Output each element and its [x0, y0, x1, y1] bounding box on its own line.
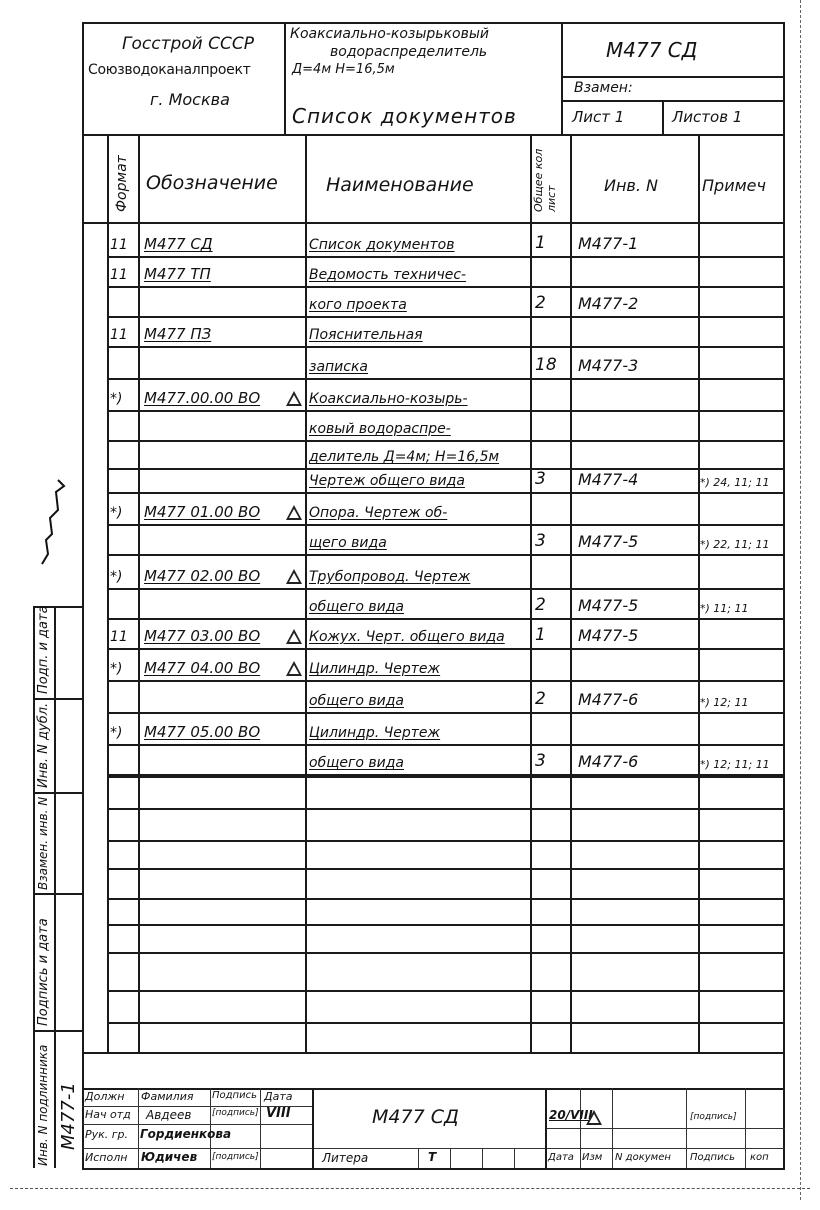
- cell-format: [110, 346, 138, 375]
- cell-designation: [144, 524, 304, 551]
- org-institute: Союзводоканалпроект: [88, 62, 250, 78]
- cell-name: Трубопровод. Чертеж: [309, 554, 531, 585]
- cell-sheets: [535, 316, 569, 343]
- cell-name: общего вида: [309, 588, 531, 615]
- col-line-inv-left: [570, 134, 572, 1052]
- cell-sheets: 2: [535, 588, 569, 615]
- table-row-line: [107, 776, 785, 778]
- cell-format: *): [110, 712, 138, 741]
- cell-inv: М477-2: [578, 286, 696, 313]
- stamp-litera-label: Литера: [322, 1151, 368, 1165]
- stamp-litera-div-1: [418, 1148, 419, 1168]
- cell-inv: [578, 410, 696, 437]
- cell-name: делитель Д=4м; Н=16,5м: [309, 440, 531, 465]
- title-divider-1: [284, 22, 286, 135]
- revision-triangle-icon: [286, 629, 302, 644]
- stamp-document-code: М477 СД: [372, 1106, 459, 1128]
- sheet-number: Лист 1: [572, 108, 624, 126]
- cell-note: *) 12; 11; 11: [700, 744, 784, 771]
- cell-inv: М477-6: [578, 680, 696, 709]
- org-ministry: Госстрой СССР: [122, 34, 254, 54]
- sheets-total: Листов 1: [672, 108, 742, 126]
- stamp-name-head: Авдеев: [146, 1108, 191, 1122]
- cell-inv: М477-1: [578, 222, 696, 253]
- stamp-col-5: [545, 1088, 547, 1168]
- stamp-name-executor: Юдичев: [141, 1150, 197, 1164]
- cell-sheets: 2: [535, 680, 569, 709]
- stamp-row-3: [82, 1148, 785, 1149]
- cut-line-right: [800, 0, 801, 1200]
- cell-note: [700, 410, 784, 437]
- frame-top-border: [82, 22, 785, 24]
- cell-note: [700, 346, 784, 375]
- stamp-rev-header-copy: коп: [750, 1152, 769, 1163]
- cell-name: Ведомость техничес-: [309, 256, 531, 283]
- cell-designation: [144, 286, 304, 313]
- cell-format: 11: [110, 316, 138, 343]
- stamp-litera-div-2: [450, 1148, 451, 1168]
- cell-designation: [144, 744, 304, 771]
- stamp-role-head: Нач отд: [85, 1108, 131, 1121]
- header-designation: Обозначение: [146, 172, 278, 194]
- header-sheets: Общее кол лист: [532, 142, 558, 212]
- cell-name: Пояснительная: [309, 316, 531, 343]
- cell-note: [700, 256, 784, 283]
- stamp-role-group: Рук. гр.: [85, 1128, 128, 1141]
- cell-sheets: [535, 440, 569, 465]
- cell-inv: [578, 378, 696, 407]
- col-line-format-left: [107, 134, 109, 1052]
- cell-name: Коаксиально-козырь-: [309, 378, 531, 407]
- cell-designation: М477 04.00 ВО: [144, 648, 304, 677]
- cell-designation: М477 05.00 ВО: [144, 712, 304, 741]
- document-code: М477 СД: [606, 38, 697, 62]
- cell-format: [110, 440, 138, 465]
- frame-bottom-border: [82, 1168, 785, 1170]
- margin-signature: [38, 470, 68, 570]
- table-row-line: [107, 898, 785, 900]
- cell-name: общего вида: [309, 680, 531, 709]
- table-row-line: [107, 1022, 785, 1024]
- stamp-col-4: [312, 1088, 314, 1168]
- frame-left-border: [82, 22, 84, 1170]
- revision-triangle-icon: [286, 661, 302, 676]
- cell-note: [700, 492, 784, 521]
- stamp-litera-div-4: [514, 1148, 515, 1168]
- stamp-header-role: Должн: [85, 1090, 124, 1103]
- side-stamp-sep-1: [33, 698, 83, 700]
- cell-format: [110, 744, 138, 771]
- table-bottom: [82, 1052, 785, 1054]
- side-original-inv-value: М477-1: [58, 1082, 79, 1150]
- object-name-line2: водораспределитель: [330, 44, 487, 60]
- cell-sheets: 1: [535, 618, 569, 645]
- stamp-col-1: [138, 1088, 139, 1168]
- stamp-col-7: [612, 1088, 613, 1168]
- cell-note: *) 12; 11: [700, 680, 784, 709]
- stamp-role-executor: Исполн: [85, 1151, 127, 1164]
- cell-name: кого проекта: [309, 286, 531, 313]
- stamp-col-9: [745, 1088, 746, 1168]
- side-label-dup-inv: Инв. N дубл.: [36, 703, 51, 788]
- table-row-line: [107, 990, 785, 992]
- cell-format: *): [110, 554, 138, 585]
- cell-sheets: [535, 410, 569, 437]
- cell-name: Кожух. Черт. общего вида: [309, 618, 531, 645]
- header-name: Наименование: [326, 174, 474, 196]
- col-line-name-left: [305, 134, 307, 1052]
- stamp-header-date: Дата: [264, 1090, 292, 1103]
- cell-inv: [578, 712, 696, 741]
- header-inv: Инв. N: [604, 176, 658, 195]
- cell-name: записка: [309, 346, 531, 375]
- cell-designation: М477 01.00 ВО: [144, 492, 304, 521]
- side-stamp-sep-4: [33, 1030, 83, 1032]
- stamp-col-3: [260, 1088, 261, 1168]
- stamp-sign-head: [подпись]: [212, 1108, 259, 1118]
- table-row-line: [107, 808, 785, 810]
- cell-inv: М477-3: [578, 346, 696, 375]
- cell-designation: М477 СД: [144, 222, 304, 253]
- replaced-label: Взамен:: [574, 80, 633, 96]
- cell-format: 11: [110, 618, 138, 645]
- cell-name: общего вида: [309, 744, 531, 771]
- cell-note: *) 11; 11: [700, 588, 784, 615]
- cell-note: [700, 618, 784, 645]
- cell-inv: М477-4: [578, 468, 696, 489]
- stamp-rev-header-docnum: N докумен: [615, 1152, 671, 1163]
- cell-sheets: 3: [535, 468, 569, 489]
- title-row-replaced: [561, 100, 785, 102]
- stamp-rev-header-date: Дата: [548, 1152, 574, 1163]
- org-city: г. Москва: [150, 90, 230, 109]
- cell-sheets: [535, 712, 569, 741]
- cell-format: 11: [110, 256, 138, 283]
- cell-name: щего вида: [309, 524, 531, 551]
- cell-note: [700, 286, 784, 313]
- cell-inv: [578, 648, 696, 677]
- cell-format: [110, 410, 138, 437]
- cell-designation: М477 02.00 ВО: [144, 554, 304, 585]
- title-block-bottom: [82, 134, 785, 136]
- stamp-col-6: [580, 1088, 581, 1168]
- cell-designation: М477 ТП: [144, 256, 304, 283]
- cell-sheets: [535, 492, 569, 521]
- cut-line-bottom: [10, 1188, 810, 1189]
- object-dimensions: Д=4м Н=16,5м: [292, 62, 395, 77]
- cell-inv: [578, 492, 696, 521]
- cell-inv: М477-6: [578, 744, 696, 771]
- cell-note: [700, 222, 784, 253]
- header-note: Примеч: [702, 176, 766, 195]
- cell-inv: [578, 316, 696, 343]
- stamp-litera-value: Т: [428, 1150, 436, 1164]
- cell-sheets: [535, 256, 569, 283]
- cell-note: *) 22, 11; 11: [700, 524, 784, 551]
- cell-name: Цилиндр. Чертеж: [309, 648, 531, 677]
- cell-note: [700, 316, 784, 343]
- side-stamp-sep-3: [33, 893, 83, 895]
- cell-sheets: 18: [535, 346, 569, 375]
- cell-designation: [144, 468, 304, 489]
- revision-triangle-icon: [286, 569, 302, 584]
- cell-sheets: 3: [535, 524, 569, 551]
- cell-format: *): [110, 648, 138, 677]
- stamp-rev-header-change: Изм: [582, 1152, 602, 1163]
- stamp-rev-signature: [подпись]: [690, 1112, 737, 1122]
- side-label-replaced-inv: Взамен. инв. N: [36, 797, 50, 890]
- cell-note: *) 24, 11; 11: [700, 468, 784, 489]
- cell-designation: [144, 440, 304, 465]
- cell-name: Цилиндр. Чертеж: [309, 712, 531, 741]
- cell-designation: [144, 410, 304, 437]
- side-stamp-sep-2: [33, 792, 83, 794]
- header-format: Формат: [114, 155, 130, 212]
- stamp-sign-executor: [подпись]: [212, 1152, 259, 1162]
- title-sheet-divider: [662, 102, 664, 134]
- table-row-line: [107, 924, 785, 926]
- revision-triangle-icon: [286, 391, 302, 406]
- cell-designation: М477 ПЗ: [144, 316, 304, 343]
- side-label-original-inv: Инв. N подлинника: [36, 1045, 50, 1166]
- cell-designation: [144, 588, 304, 615]
- revision-triangle-icon: [586, 1110, 602, 1125]
- side-label-sign-date: Подп. и дата: [36, 605, 51, 694]
- table-row-line: [107, 868, 785, 870]
- document-title: Список документов: [292, 104, 517, 128]
- cell-format: 11: [110, 222, 138, 253]
- cell-note: [700, 554, 784, 585]
- cell-designation: М477 03.00 ВО: [144, 618, 304, 645]
- stamp-rev-header-signature: Подпись: [690, 1152, 735, 1163]
- cell-sheets: 1: [535, 222, 569, 253]
- col-line-designation-left: [138, 134, 140, 1052]
- cell-inv: [578, 554, 696, 585]
- table-row-line: [107, 840, 785, 842]
- stamp-header-surname: Фамилия: [141, 1090, 193, 1103]
- cell-format: [110, 468, 138, 489]
- side-stamp-left: [33, 606, 35, 1168]
- stamp-header-signature: Подпись: [212, 1090, 257, 1101]
- cell-note: [700, 712, 784, 741]
- cell-inv: [578, 256, 696, 283]
- title-divider-2: [561, 22, 563, 135]
- cell-name: Список документов: [309, 222, 531, 253]
- stamp-rev-row: [545, 1128, 785, 1129]
- cell-designation: [144, 346, 304, 375]
- cell-format: *): [110, 492, 138, 521]
- cell-note: [700, 440, 784, 465]
- cell-note: [700, 378, 784, 407]
- cell-sheets: 3: [535, 744, 569, 771]
- cell-format: [110, 524, 138, 551]
- cell-inv: М477-5: [578, 524, 696, 551]
- table-row-line: [107, 952, 785, 954]
- cell-sheets: [535, 378, 569, 407]
- revision-triangle-icon: [286, 505, 302, 520]
- stamp-name-group: Гордиенкова: [140, 1127, 231, 1141]
- title-row-code: [561, 76, 785, 78]
- cell-note: [700, 648, 784, 677]
- cell-format: [110, 588, 138, 615]
- cell-designation: [144, 680, 304, 709]
- cell-format: [110, 680, 138, 709]
- stamp-date-head: VIII: [266, 1106, 291, 1121]
- side-label-signature-date: Подпись и дата: [36, 918, 51, 1026]
- cell-format: *): [110, 378, 138, 407]
- cell-inv: М477-5: [578, 588, 696, 615]
- cell-sheets: 2: [535, 286, 569, 313]
- side-stamp-divider: [54, 606, 56, 1168]
- cell-designation: М477.00.00 ВО: [144, 378, 304, 407]
- cell-format: [110, 286, 138, 313]
- cell-name: ковый водораспре-: [309, 410, 531, 437]
- cell-inv: М477-5: [578, 618, 696, 645]
- stamp-col-8: [686, 1088, 687, 1168]
- cell-inv: [578, 440, 696, 465]
- cell-name: Чертеж общего вида: [309, 468, 531, 489]
- cell-name: Опора. Чертеж об-: [309, 492, 531, 521]
- cell-sheets: [535, 554, 569, 585]
- stamp-row-2: [82, 1124, 312, 1125]
- object-name-line1: Коаксиально-козырьковый: [290, 26, 489, 42]
- cell-sheets: [535, 648, 569, 677]
- stamp-litera-div-3: [482, 1148, 483, 1168]
